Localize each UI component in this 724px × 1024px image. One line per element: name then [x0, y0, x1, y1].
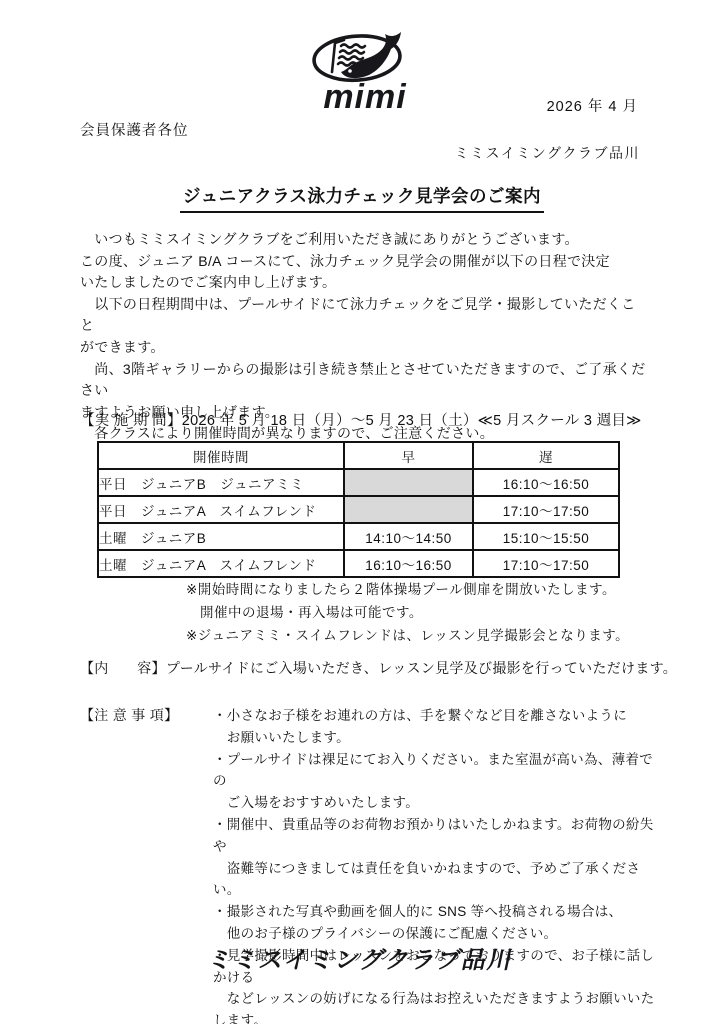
- early-time-cell-unavailable: [344, 469, 473, 496]
- footer-club-logotype: ミミスイミングクラブ品川: [0, 940, 724, 975]
- period-line: 【実 施 期 間】2026 年 5 月 18 日（月）～5 月 23 日（土）≪…: [80, 409, 642, 430]
- intro-line: いたしましたのでご案内申し上げます。: [80, 272, 646, 294]
- intro-line: この度、ジュニア B/A コースにて、泳力チェック見学会の開催が以下の日程で決定: [80, 251, 646, 273]
- caution-line: 盗難等につきましては責任を負いかねますので、予めご了承ください。: [213, 858, 655, 902]
- table-row: 平日 ジュニアB ジュニアミミ 16:10～16:50: [98, 469, 619, 496]
- early-time-cell-unavailable: [344, 496, 473, 523]
- period-label: 【実 施 期 間】: [80, 413, 182, 429]
- table-row: 土曜 ジュニアB 14:10～14:50 15:10～15:50: [98, 523, 619, 550]
- schedule-table: 開催時間 早 遅 平日 ジュニアB ジュニアミミ 16:10～16:50 平日 …: [97, 441, 620, 578]
- intro-line: ができます。: [80, 337, 646, 359]
- table-row: 土曜 ジュニアA スイムフレンド 16:10～16:50 17:10～17:50: [98, 550, 619, 577]
- caution-line: ・プールサイドは裸足にてお入りください。また室温が高い為、薄着での: [213, 749, 655, 793]
- caution-line: などレッスンの妨げになる行為はお控えいただきますようお願いいたします。: [213, 988, 655, 1024]
- early-time-cell: 16:10～16:50: [344, 550, 473, 577]
- table-notes: ※開始時間になりましたら２階体操場プール側扉を開放いたします。 開催中の退場・再…: [186, 578, 629, 647]
- content-section: 【内 容】プールサイドにご入場いただき、レッスン見学及び撮影を行っていただけます…: [80, 658, 677, 678]
- club-name-line: ミミスイミングクラブ品川: [455, 143, 640, 163]
- document-date: 2026 年 4 月: [547, 95, 638, 116]
- cautions-lines: ・小さなお子様をお連れの方は、手を繋ぐなど目を離さないように お願いいたします。…: [213, 705, 655, 1024]
- addressee-line: 会員保護者各位: [80, 119, 189, 140]
- document-title-text: ジュニアクラス泳力チェック見学会のご案内: [180, 183, 544, 213]
- col-header-time: 開催時間: [98, 442, 344, 469]
- caution-line: ・小さなお子様をお連れの方は、手を繋ぐなど目を離さないように: [213, 705, 655, 727]
- table-note-line: ※開始時間になりましたら２階体操場プール側扉を開放いたします。: [186, 578, 629, 601]
- class-name-cell: 土曜 ジュニアA スイムフレンド: [98, 550, 344, 577]
- caution-line: ・撮影された写真や動画を個人的に SNS 等へ投稿される場合は、: [213, 901, 655, 923]
- early-time-cell: 14:10～14:50: [344, 523, 473, 550]
- table-header-row: 開催時間 早 遅: [98, 442, 619, 469]
- cautions-section: 【注 意 事 項】 ・小さなお子様をお連れの方は、手を繋ぐなど目を離さないように…: [80, 705, 655, 1024]
- cautions-label: 【注 意 事 項】: [80, 705, 213, 725]
- table-row: 平日 ジュニアA スイムフレンド 17:10～17:50: [98, 496, 619, 523]
- late-time-cell: 17:10～17:50: [473, 496, 619, 523]
- period-text: 2026 年 5 月 18 日（月）～5 月 23 日（土）≪5 月スクール 3…: [182, 413, 642, 429]
- col-header-early: 早: [344, 442, 473, 469]
- intro-line: 以下の日程期間中は、プールサイドにて泳力チェックをご見学・撮影していただくこと: [80, 294, 646, 337]
- schedule-table-wrap: 開催時間 早 遅 平日 ジュニアB ジュニアミミ 16:10～16:50 平日 …: [97, 441, 620, 578]
- late-time-cell: 17:10～17:50: [473, 550, 619, 577]
- table-note-line: 開催中の退場・再入場は可能です。: [186, 601, 629, 624]
- footer-club-logotype-text: ミミスイミングクラブ品川: [206, 940, 518, 975]
- col-header-late: 遅: [473, 442, 619, 469]
- content-text: プールサイドにご入場いただき、レッスン見学及び撮影を行っていただけます。: [166, 660, 677, 676]
- document-title: ジュニアクラス泳力チェック見学会のご案内: [0, 183, 724, 213]
- caution-line: お願いいたします。: [213, 727, 655, 749]
- late-time-cell: 15:10～15:50: [473, 523, 619, 550]
- content-label: 【内 容】: [80, 660, 166, 676]
- class-name-cell: 平日 ジュニアB ジュニアミミ: [98, 469, 344, 496]
- document-page: mimi 2026 年 4 月 会員保護者各位 ミミスイミングクラブ品川 ジュニ…: [0, 0, 724, 1024]
- intro-line: 尚、3階ギャラリーからの撮影は引き続き禁止とさせていただきますので、ご了承くださ…: [80, 359, 646, 402]
- intro-line: いつもミミスイミングクラブをご利用いただき誠にありがとうございます。: [80, 229, 646, 251]
- class-name-cell: 平日 ジュニアA スイムフレンド: [98, 496, 344, 523]
- caution-line: ご入場をおすすめいたします。: [213, 792, 655, 814]
- late-time-cell: 16:10～16:50: [473, 469, 619, 496]
- table-note-line: ※ジュニアミミ・スイムフレンドは、レッスン見学撮影会となります。: [186, 624, 629, 647]
- class-name-cell: 土曜 ジュニアB: [98, 523, 344, 550]
- caution-line: ・開催中、貴重品等のお荷物お預かりはいたしかねます。お荷物の紛失や: [213, 814, 655, 858]
